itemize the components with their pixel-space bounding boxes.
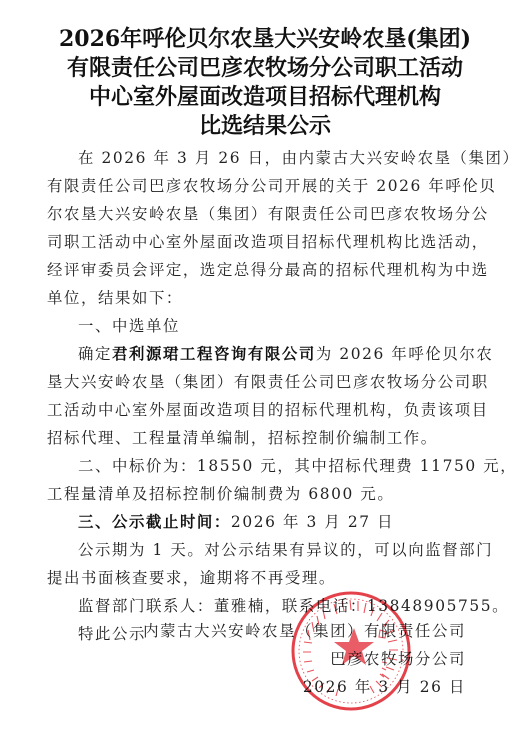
contact-line: 监督部门联系人：董雅楠，联系电话：13848905755。 — [47, 592, 461, 620]
section1-line-3: 工活动中心室外屋面改造项目的招标代理机构，负责该项目 — [47, 396, 461, 424]
section1-paragraph: 确定君利源珺工程咨询有限公司为 2026 年呼伦贝尔农 垦大兴安岭农垦（集团）有… — [47, 340, 461, 452]
section1-prefix: 确定 — [78, 345, 112, 363]
section1-line-4: 招标代理、工程量清单编制，招标控制价编制工作。 — [47, 424, 461, 452]
winning-company: 君利源珺工程咨询有限公司 — [112, 345, 316, 363]
document-body: 在 2026 年 3 月 26 日，由内蒙古大兴安岭农垦（集团） 有限责任公司巴… — [47, 144, 461, 648]
intro-line-6: 单位，结果如下： — [47, 284, 461, 312]
section2-paragraph: 二、中标价为：18550 元，其中招标代理费 11750 元， 工程量清单及招标… — [47, 452, 461, 508]
section1-heading: 一、中选单位 — [47, 312, 461, 340]
notice-paragraph: 公示期为 1 天。对公示结果有异议的，可以向监督部门 提出书面核查要求，逾期将不… — [47, 536, 461, 592]
section1-line-2: 垦大兴安岭农垦（集团）有限责任公司巴彦农牧场分公司职 — [47, 368, 461, 396]
intro-line-3: 尔农垦大兴安岭农垦（集团）有限责任公司巴彦农牧场分公 — [47, 200, 461, 228]
title-line-1: 2026年呼伦贝尔农垦大兴安岭农垦(集团) — [30, 25, 500, 54]
intro-line-1: 在 2026 年 3 月 26 日，由内蒙古大兴安岭农垦（集团） — [47, 144, 461, 172]
title-line-3: 中心室外屋面改造项目招标代理机构 — [30, 83, 500, 112]
section3-deadline: 2026 年 3 月 27 日 — [231, 513, 394, 531]
section3-line: 三、公示截止时间：2026 年 3 月 27 日 — [47, 508, 461, 536]
intro-line-4: 司职工活动中心室外屋面改造项目招标代理机构比选活动， — [47, 228, 461, 256]
section1-first-suffix: 为 2026 年呼伦贝尔农 — [316, 345, 494, 363]
intro-paragraph: 在 2026 年 3 月 26 日，由内蒙古大兴安岭农垦（集团） 有限责任公司巴… — [47, 144, 461, 312]
intro-line-2: 有限责任公司巴彦农牧场分公司开展的关于 2026 年呼伦贝 — [47, 172, 461, 200]
section1-line-1: 确定君利源珺工程咨询有限公司为 2026 年呼伦贝尔农 — [47, 340, 461, 368]
notice-line-2: 提出书面核查要求，逾期将不再受理。 — [47, 564, 461, 592]
intro-line-5: 经评审委员会评定，选定总得分最高的招标代理机构为中选 — [47, 256, 461, 284]
signature-org-line-1: 内蒙古大兴安岭农垦（集团）有限责任公司 — [143, 617, 466, 645]
document-title: 2026年呼伦贝尔农垦大兴安岭农垦(集团) 有限责任公司巴彦农牧场分公司职工活动… — [30, 25, 500, 141]
title-line-4: 比选结果公示 — [30, 112, 500, 141]
title-line-2: 有限责任公司巴彦农牧场分公司职工活动 — [30, 54, 500, 83]
document-page: 2026年呼伦贝尔农垦大兴安岭农垦(集团) 有限责任公司巴彦农牧场分公司职工活动… — [0, 0, 530, 738]
notice-line-1: 公示期为 1 天。对公示结果有异议的，可以向监督部门 — [47, 536, 461, 564]
section2-line-2: 工程量清单及招标控制价编制费为 6800 元。 — [47, 480, 461, 508]
signature-date: 2026 年 3 月 26 日 — [303, 673, 466, 701]
section3-label: 三、公示截止时间： — [78, 513, 231, 531]
signature-org-line-2: 巴彦农牧场分公司 — [330, 645, 466, 673]
section2-line-1: 二、中标价为：18550 元，其中招标代理费 11750 元， — [47, 452, 461, 480]
